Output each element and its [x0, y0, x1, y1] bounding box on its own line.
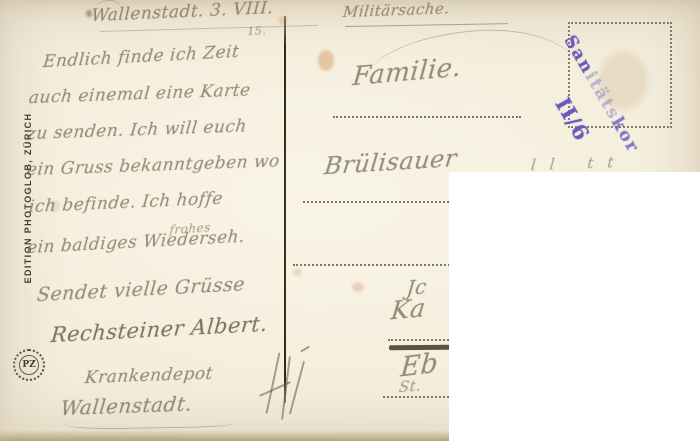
dateline: Wallenstadt. 3. VIII. — [91, 0, 274, 26]
message-line: Sendet vielle Grüsse — [36, 273, 246, 306]
address-line-bruelisauer: Brülisauer — [323, 144, 459, 180]
postcard-scan: EDITION PHOTOGLOB, ZÜRICH PZ Wallenstadt… — [0, 0, 700, 441]
message-line: Endlich finde ich Zeit — [42, 42, 240, 72]
inserted-word: frohes — [169, 220, 211, 237]
ink-smudge-bar — [389, 345, 450, 351]
message-line: ein baldiges Wiederseh. — [26, 227, 246, 259]
address-dotted-line — [383, 396, 449, 398]
address-dotted-line — [388, 339, 449, 341]
address-dotted-line — [293, 264, 450, 266]
sender-signature: Rechsteiner Albert. — [50, 312, 269, 347]
stain — [318, 50, 334, 71]
stain — [352, 282, 364, 292]
place-underline — [64, 421, 236, 430]
card-bottom-edge-shadow — [0, 430, 460, 441]
message-line: auch einemal eine Karte — [28, 80, 252, 108]
address-fragment: Ka — [389, 293, 427, 325]
pz-monogram: PZ — [19, 355, 39, 375]
white-patch-overlay — [449, 172, 700, 441]
heading-underline — [345, 23, 508, 27]
pencil-scribble — [266, 352, 281, 413]
message-line: ich befinde. Ich hoffe — [28, 189, 224, 218]
sender-place: Wallenstadt. — [59, 391, 193, 420]
pencil-scribble — [300, 346, 309, 352]
sender-unit: Krankendepot — [84, 364, 214, 389]
message-divider-rule — [284, 16, 286, 403]
address-fragment: St. — [398, 376, 422, 396]
address-dotted-line — [303, 201, 449, 203]
message-line: ein Gruss bekanntgeben wo — [26, 151, 281, 180]
address-fragment: ll tt — [530, 153, 628, 174]
pencil-scribble — [289, 361, 305, 415]
message-line: zu senden. Ich will euch — [26, 116, 248, 144]
dateline-year: 15. — [247, 24, 267, 38]
publisher-logo: PZ — [13, 349, 45, 381]
address-heading: Militärsache. — [342, 0, 451, 21]
address-dotted-line — [333, 116, 521, 118]
stain — [293, 268, 302, 276]
